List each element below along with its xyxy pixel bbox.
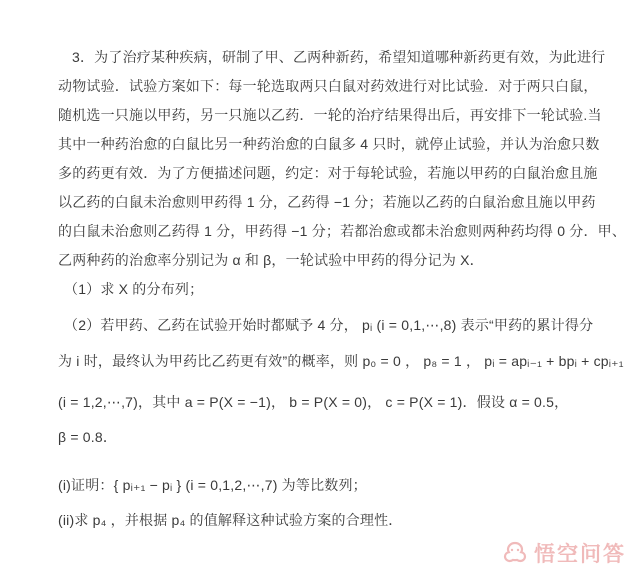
watermark-text: 悟空问答 [534, 538, 626, 568]
problem-line: 其中一种药治愈的白鼠比另一种药治愈的白鼠多 4 只时，就停止试验，并认为治愈只数 [58, 129, 600, 159]
problem-line: 多的药更有效．为了方便描述问题，约定：对于每轮试验，若施以甲药的白鼠治愈且施 [58, 158, 598, 188]
sub-question-i-line: (i)证明：{ pᵢ₊₁ − pᵢ } (i = 0,1,2,⋯,7) 为等比数… [58, 470, 367, 500]
problem-line: (i = 1,2,⋯,7)，其中 a = P(X = −1)， b = P(X … [58, 387, 568, 417]
problem-line: 的白鼠未治愈则乙药得 1 分，甲药得 −1 分；若都治愈或都未治愈则两种药均得 … [58, 216, 626, 246]
problem-line: 为 i 时，最终认为甲药比乙药更有效”的概率，则 p₀ = 0 ， p₈ = 1… [58, 346, 624, 376]
problem-line: 以乙药的白鼠未治愈则甲药得 1 分，乙药得 −1 分；若施以乙药的白鼠治愈且施以… [58, 187, 596, 217]
problem-line: β = 0.8． [58, 422, 117, 452]
problem-line: 随机选一只施以甲药，另一只施以乙药．一轮的治疗结果得出后，再安排下一轮试验.当 [58, 100, 602, 130]
problem-line: 乙两种药的治愈率分别记为 α 和 β，一轮试验中甲药的得分记为 X． [58, 245, 484, 275]
problem-page: 3．为了治疗某种疾病，研制了甲、乙两种新药，希望知道哪种新药更有效，为此进行 动… [0, 0, 640, 576]
question-2-line: （2）若甲药、乙药在试验开始时都赋予 4 分， pᵢ (i = 0,1,⋯,8)… [64, 310, 593, 340]
watermark: 悟空问答 [502, 538, 626, 568]
problem-line: 3．为了治疗某种疾病，研制了甲、乙两种新药，希望知道哪种新药更有效，为此进行 [72, 42, 605, 72]
wukong-logo-icon [502, 541, 528, 565]
sub-question-ii-line: (ii)求 p₄ ，并根据 p₄ 的值解释这种试验方案的合理性． [58, 505, 403, 535]
question-1-line: （1）求 X 的分布列； [64, 274, 203, 304]
problem-line: 动物试验．试验方案如下：每一轮选取两只白鼠对药效进行对比试验．对于两只白鼠， [58, 71, 598, 101]
